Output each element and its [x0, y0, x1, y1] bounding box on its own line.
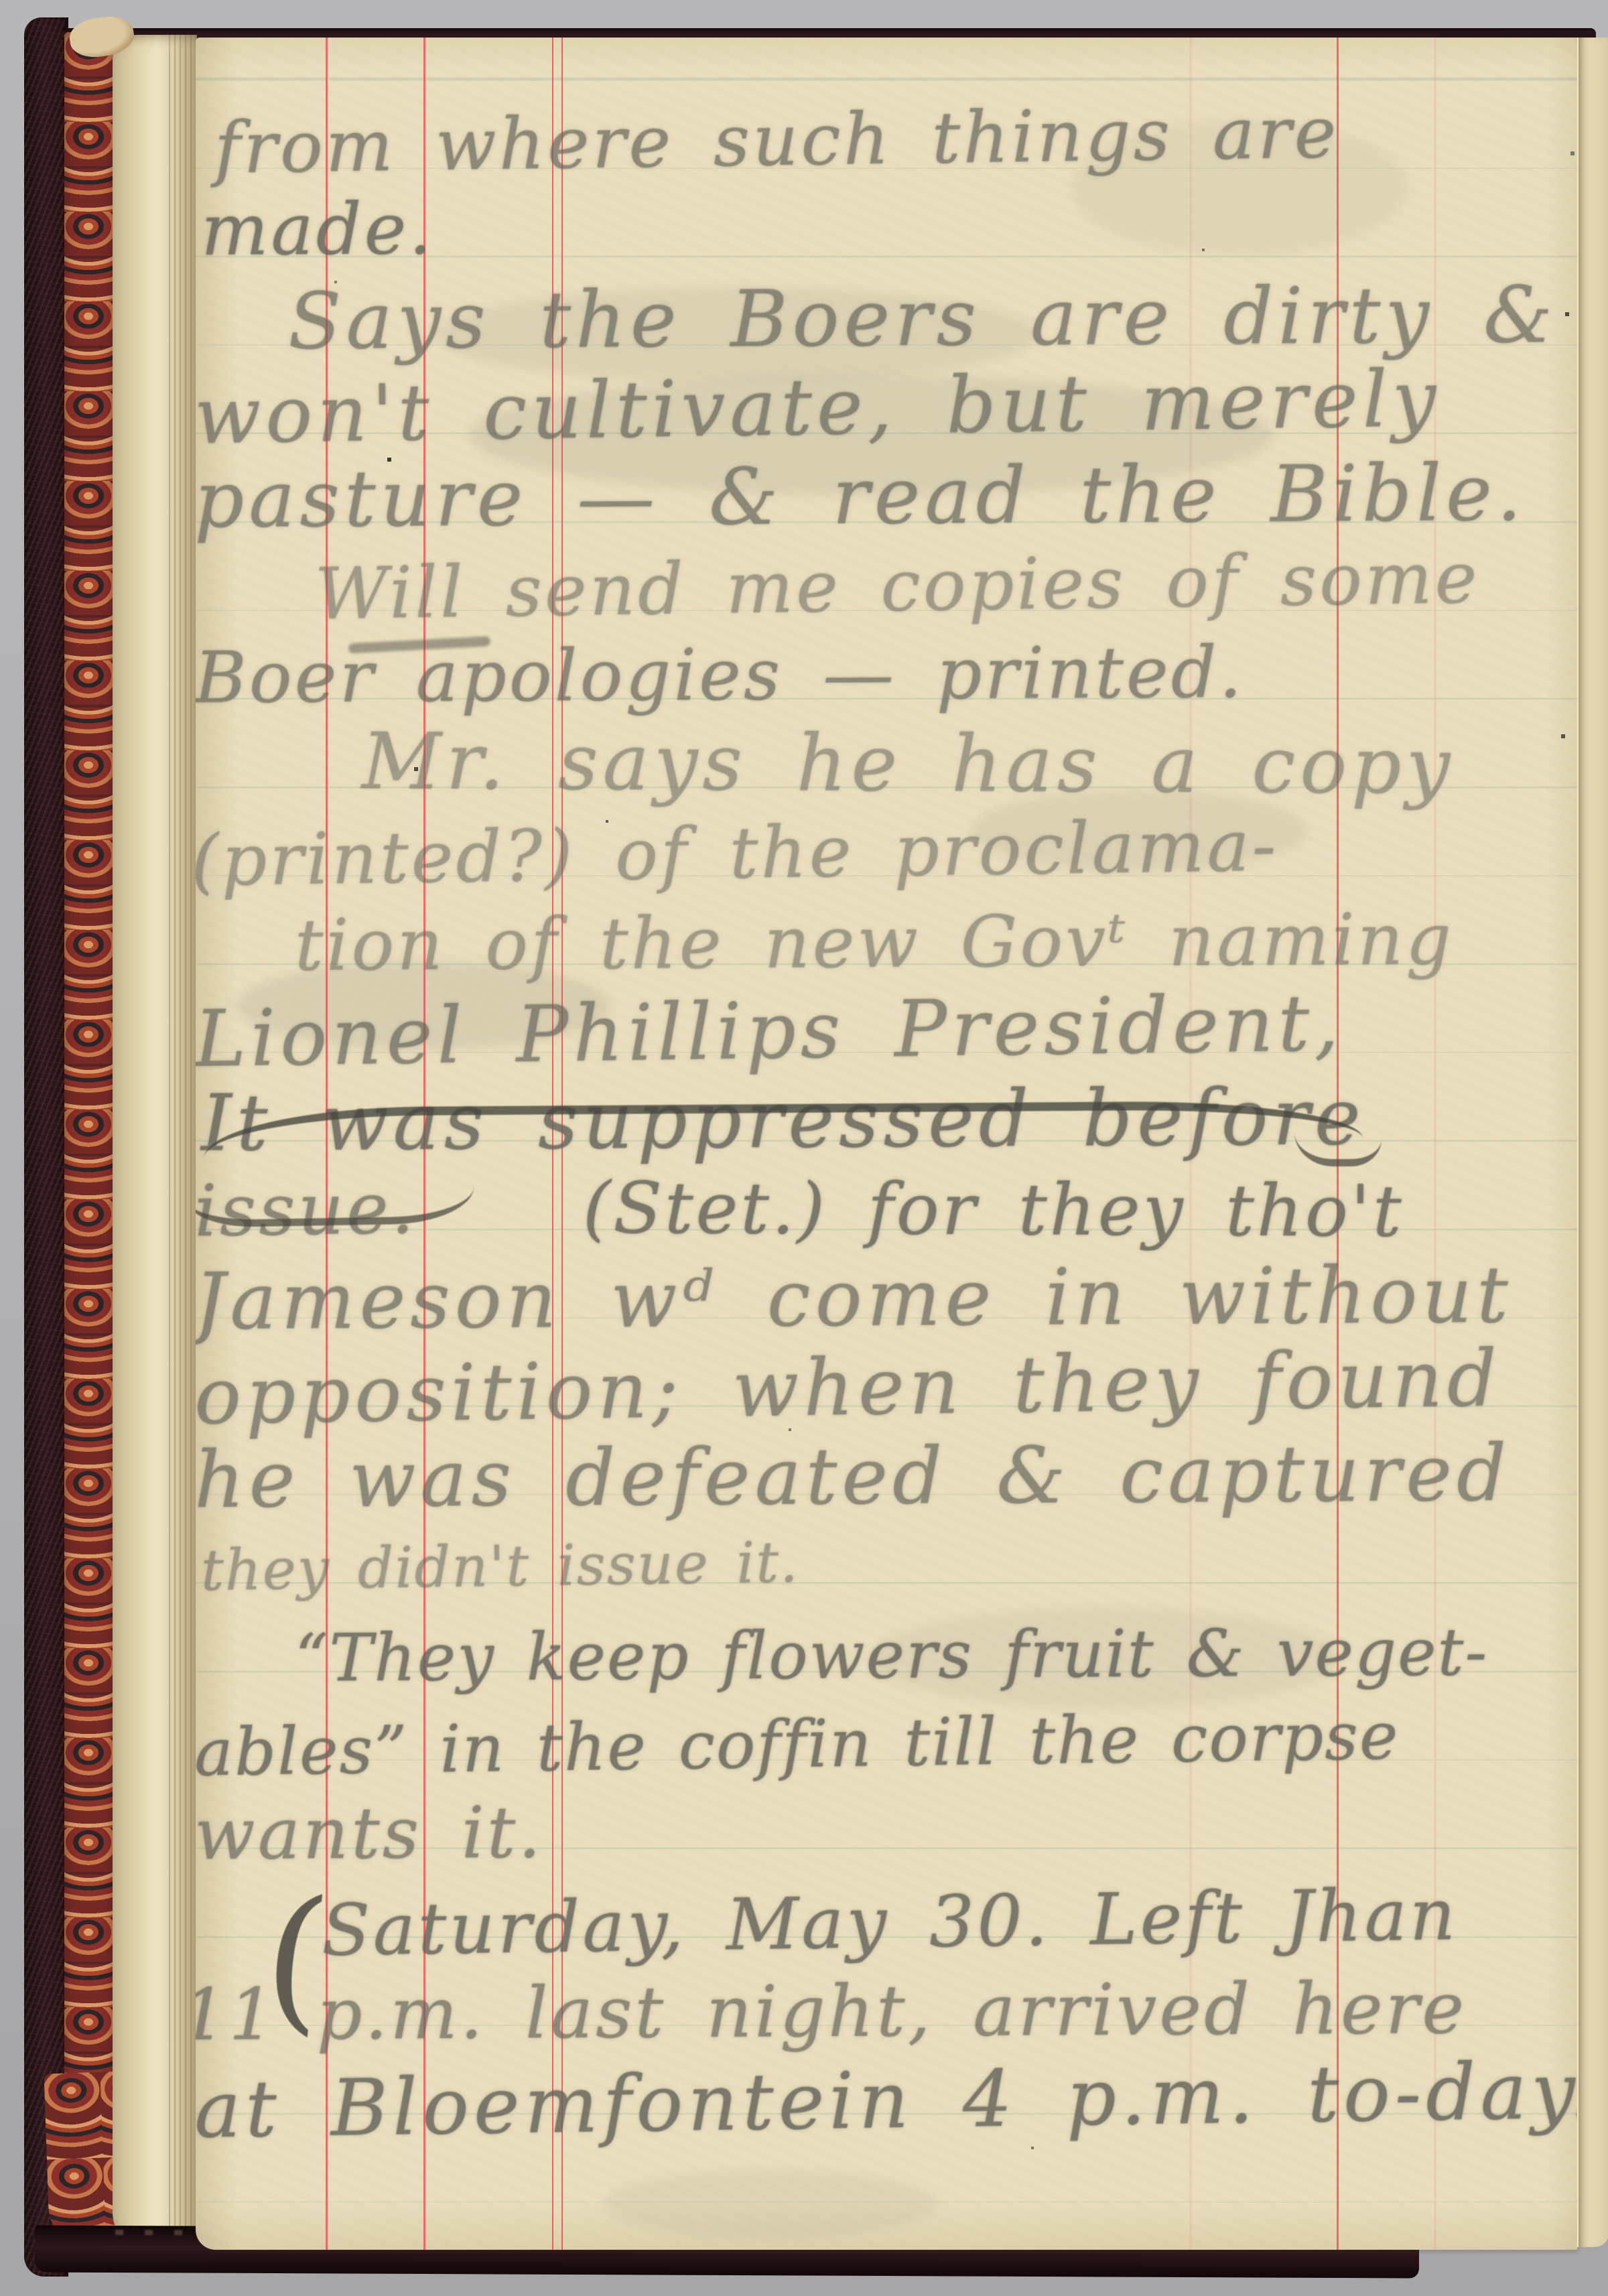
page-fore-edges: [113, 35, 197, 2252]
handwritten-line: wants it.: [196, 1783, 543, 1885]
handwritten-line: at Bloemfontein 4 p.m. to-day.: [196, 2041, 1577, 2161]
strikethrough-mark: [196, 1186, 474, 1227]
handwritten-line: made.: [201, 179, 435, 281]
adjacent-page-edge: [1577, 38, 1608, 2247]
handwritten-line: Boer apologies — printed.: [196, 622, 1245, 728]
handwritten-line: he was defeated & captured: [196, 1424, 1512, 1531]
marbled-endpaper: [64, 32, 114, 2254]
stacked-page-edge-lines: [169, 35, 197, 2252]
notebook-page: from where such things are made. Says th…: [196, 38, 1577, 2250]
handwritten-line: they didn't issue it.: [200, 1512, 800, 1621]
book-cover-left-edge: [24, 17, 68, 2277]
fly-specks: [0, 0, 1, 1]
strikethrough-mark: [204, 1100, 1363, 1158]
photo-canvas: from where such things are made. Says th…: [0, 0, 1608, 2296]
pencil-smudge: [603, 2171, 938, 2238]
